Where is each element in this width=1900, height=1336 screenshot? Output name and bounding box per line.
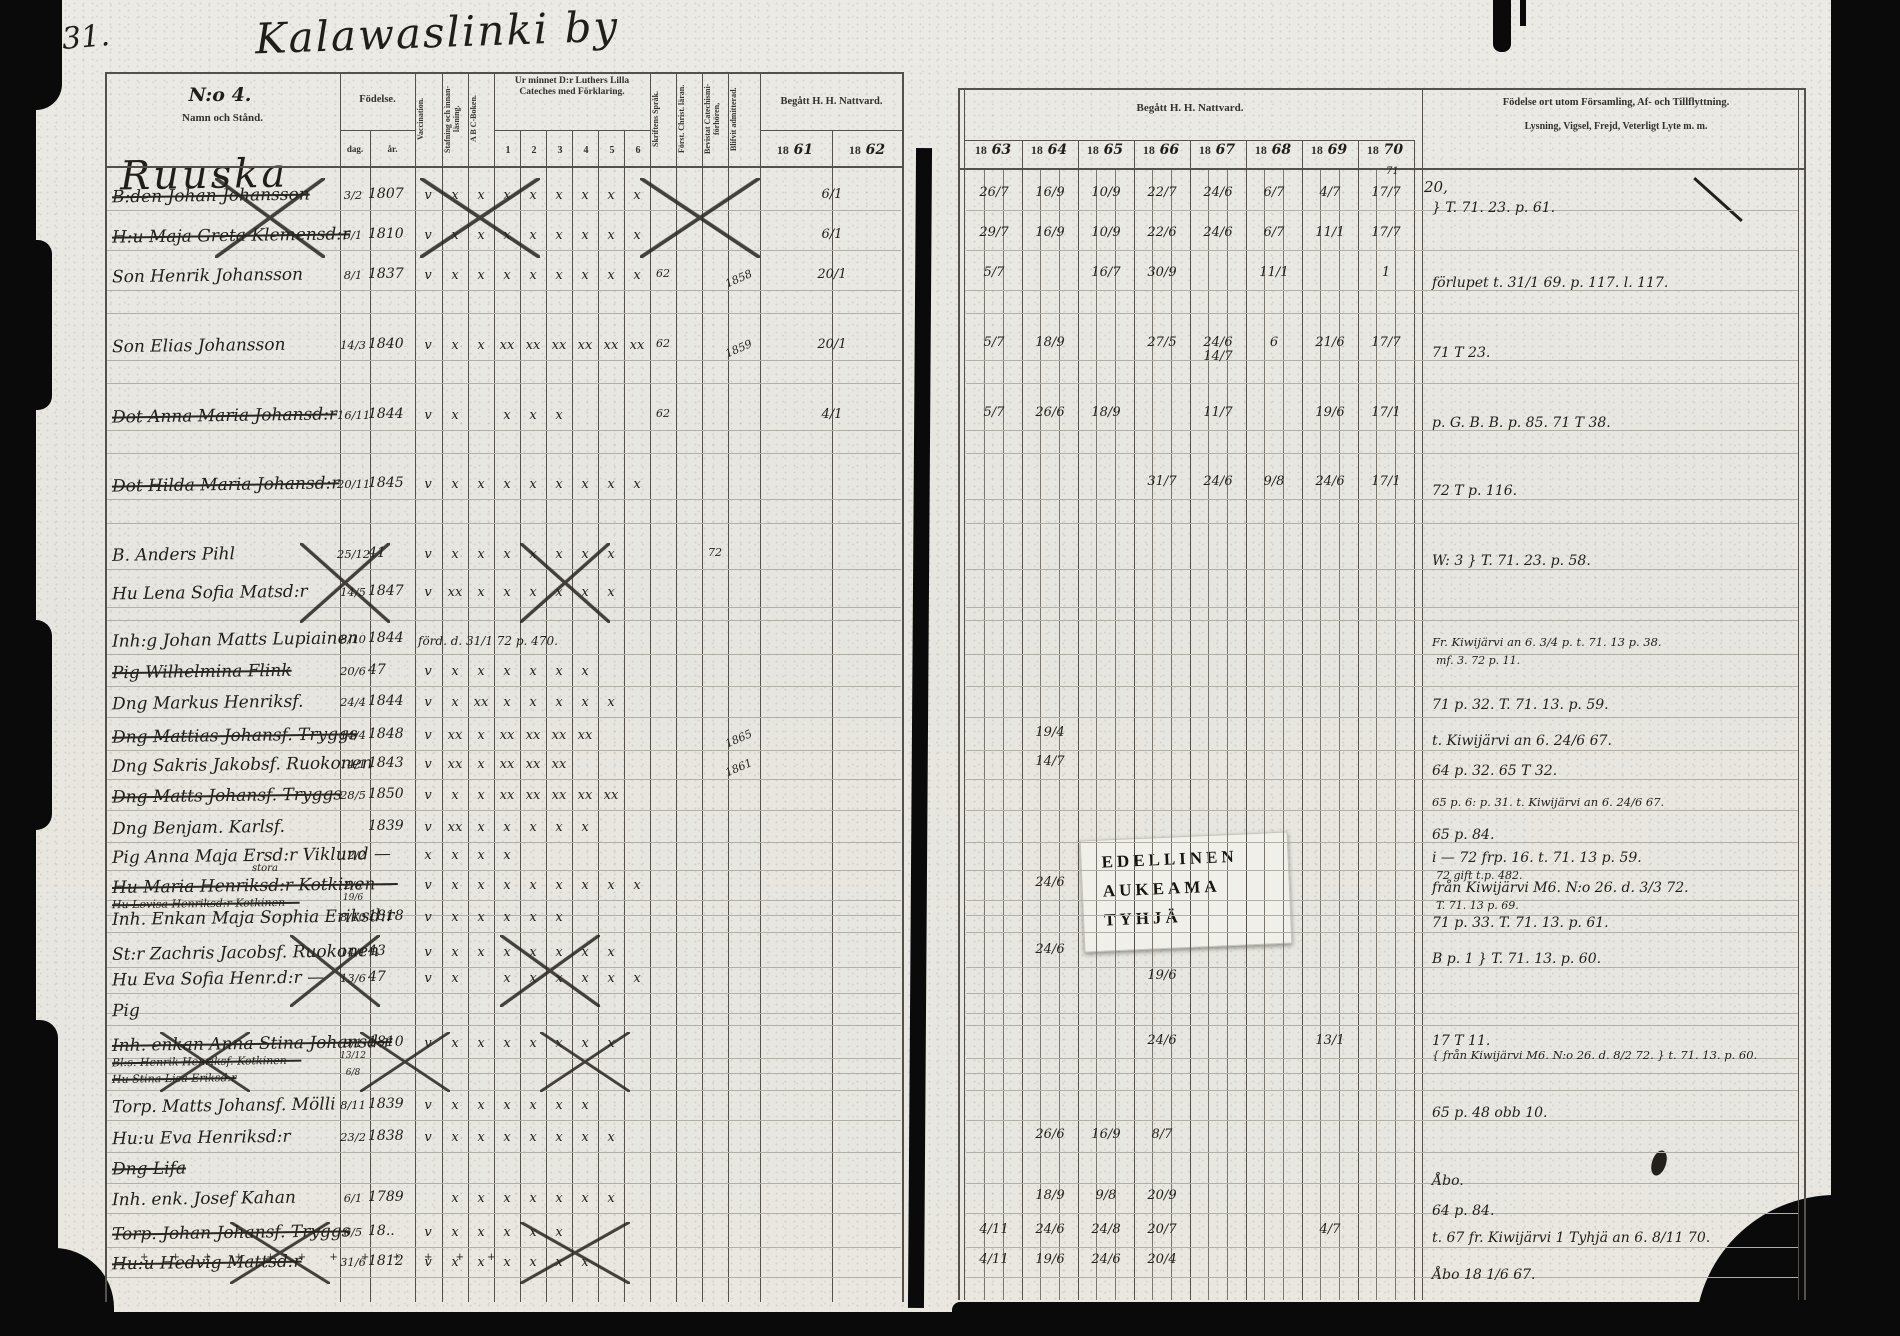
catechism-mark: xx <box>523 338 543 353</box>
row-rule <box>107 779 901 780</box>
row-rule <box>966 1247 1798 1248</box>
birth-day: 24/4 <box>337 695 369 709</box>
row-rule <box>966 810 1798 811</box>
cross-out-mark <box>300 543 390 623</box>
communion-date: 24/6 <box>1142 1034 1182 1048</box>
catechism-mark: x <box>549 664 569 679</box>
catechism-mark: x <box>549 188 569 203</box>
birth-year: 1840 <box>368 336 414 352</box>
margin-note: 64 p. 32. 65 T 32. <box>1432 763 1557 779</box>
catechism-mark: x <box>601 1191 621 1206</box>
catechism-mark: x <box>523 664 543 679</box>
row-rule <box>966 607 1798 608</box>
grid-vline <box>105 72 107 1302</box>
entry-name: Dng Lifa <box>112 1158 186 1179</box>
margin-note: 72 T p. 116. <box>1432 483 1517 499</box>
row-rule <box>966 1183 1798 1184</box>
communion-date: 24/6 <box>1030 943 1070 957</box>
communion-date: 20/9 <box>1142 1189 1182 1203</box>
communion-date: 16/7 <box>1086 266 1126 280</box>
column-header-admitted: Blifvit admitterad. <box>729 74 759 164</box>
catechism-mark: x <box>549 695 569 710</box>
margin-note: p. G. B. B. p. 85. 71 T 38. <box>1432 415 1611 431</box>
birth-day: 14/3 <box>337 338 369 352</box>
grid-vline <box>1798 88 1799 1300</box>
year-printed-prefix: 18 <box>1087 143 1099 157</box>
year-hand-digits: 66 <box>1155 142 1179 158</box>
margin-note: 64 p. 84. <box>1432 1203 1494 1219</box>
column-header-birth-year: år. <box>371 144 414 154</box>
slip-line-2: AUKEAMA <box>1102 874 1289 902</box>
catechism-mark: v <box>418 1255 438 1270</box>
catechism-mark: x <box>471 1255 491 1270</box>
stray-mark: 71 <box>1386 166 1399 177</box>
communion-date: 10/9 <box>1086 186 1126 200</box>
catechism-mark: xx <box>549 757 569 772</box>
stray-mark: 20, <box>1424 178 1448 196</box>
catechism-mark: x <box>549 820 569 835</box>
catechism-mark: x <box>497 1036 517 1051</box>
column-header-vaccination: Vaccination. <box>416 74 441 164</box>
catechism-mark: xx <box>523 728 543 743</box>
catechism-mark: x <box>471 1036 491 1051</box>
birth-year: 1818 <box>368 908 414 924</box>
row-rule <box>966 993 1798 994</box>
catechism-mark: x <box>471 664 491 679</box>
row-rule <box>107 1277 901 1278</box>
communion-date: 16/9 <box>1030 186 1070 200</box>
grid-vline <box>1422 88 1423 1300</box>
communion-date: 14/7 <box>1030 755 1070 769</box>
catechism-mark: xx <box>549 338 569 353</box>
row-rule <box>107 1120 901 1121</box>
row-rule <box>966 523 1798 524</box>
catechism-mark: x <box>445 910 465 925</box>
communion-date: 20/4 <box>1142 1253 1182 1267</box>
column-header-birth: Födelse. <box>340 94 415 105</box>
catechism-mark: x <box>627 878 647 893</box>
communion-date: 6/7 <box>1254 226 1294 240</box>
notes-header-line2: Lysning, Vigsel, Frejd, Veterligt Lyte m… <box>1430 121 1802 132</box>
catechism-mark: x <box>418 848 438 863</box>
catechism-mark: x <box>601 188 621 203</box>
communion-date: 17/7 <box>1366 226 1406 240</box>
communion-date: 21/6 <box>1310 336 1350 350</box>
column-header-scripture-language: Skriftens Språk. <box>651 74 675 164</box>
catechism-mark: x <box>471 878 491 893</box>
catechism-subcolumn-number: 2 <box>522 145 546 156</box>
year-printed-prefix: 18 <box>1311 143 1323 157</box>
birth-day: 5/1 <box>337 228 369 242</box>
cross-out-mark <box>230 1222 330 1284</box>
catechism-mark: x <box>445 971 465 986</box>
catechism-mark: x <box>523 1191 543 1206</box>
row-rule <box>966 1013 1798 1014</box>
catechism-mark: xx <box>523 757 543 772</box>
communion-date: 4/7 <box>1310 1223 1350 1237</box>
row-rule <box>107 499 901 500</box>
cross-out-mark <box>290 935 380 1007</box>
catechism-mark: x <box>445 547 465 562</box>
margin-note: { från Kiwijärvi M6. N:o 26. d. 8/2 72. … <box>1432 1048 1757 1062</box>
year-hand-digits: 65 <box>1099 142 1123 158</box>
scripture-language-value: 62 <box>650 337 676 350</box>
communion-date: 31/7 <box>1142 475 1182 489</box>
grid-hline <box>494 130 650 131</box>
grid-vline <box>1190 140 1191 1300</box>
communion-date: 18/9 <box>1086 406 1126 420</box>
catechism-mark: x <box>497 408 517 423</box>
catechism-mark: x <box>601 878 621 893</box>
birth-day: 8/1 <box>337 268 369 282</box>
communion-date: 16/9 <box>1086 1128 1126 1142</box>
catechism-mark: x <box>445 695 465 710</box>
communion-date: 4/11 <box>974 1253 1014 1267</box>
communion-date: 19/6 <box>1310 406 1350 420</box>
catechism-mark: x <box>471 1225 491 1240</box>
row-rule <box>966 1152 1798 1153</box>
grid-vline <box>1804 88 1806 1300</box>
catechism-subcolumn-number: 1 <box>496 145 520 156</box>
catechism-mark: v <box>418 910 438 925</box>
row-rule <box>107 383 901 384</box>
cross-out-mark <box>520 1222 630 1284</box>
slip-line-3: TYHJÄ <box>1104 902 1291 930</box>
catechism-mark: xx <box>575 788 595 803</box>
catechism-mark: x <box>445 664 465 679</box>
catechism-mark: x <box>471 788 491 803</box>
row-rule <box>107 607 901 608</box>
year-printed-prefix: 18 <box>777 143 789 157</box>
entry-name: Inh:g Johan Matts Lupiainen <box>112 628 359 651</box>
catechism-mark: x <box>549 268 569 283</box>
margin-note: B p. 1 } T. 71. 13. p. 60. <box>1432 951 1601 967</box>
row-rule <box>966 654 1798 655</box>
birth-day: 19/6 <box>337 893 369 903</box>
entry-name: Pig <box>112 1001 140 1021</box>
row-rule <box>107 523 901 524</box>
entry-name: Dot Hilda Maria Johansd:r <box>112 473 340 496</box>
scanned-church-record-spread: 31. Kalawaslinki by Ruuska N:o 4. Namn o… <box>0 0 1900 1336</box>
entry-name: Hu:u Eva Henriksd:r <box>112 1127 291 1149</box>
communion-date: 24/6 <box>1030 876 1070 890</box>
grid-vline <box>1022 140 1023 1300</box>
catechism-mark: x <box>497 1225 517 1240</box>
row-rule <box>966 620 1798 621</box>
grid-vline <box>902 72 904 1302</box>
birth-day: 31/6 <box>337 1255 369 1269</box>
birth-day: 8/10 <box>337 632 369 646</box>
birth-year: 1844 <box>368 630 414 646</box>
row-rule <box>966 1073 1798 1074</box>
birth-year: 1807 <box>368 186 414 202</box>
birth-year: 1839 <box>368 1096 414 1112</box>
catechism-mark: x <box>523 820 543 835</box>
catechism-mark: xx <box>445 585 465 600</box>
catechism-mark: x <box>471 1191 491 1206</box>
communion-date: 11/7 <box>1198 406 1238 420</box>
row-rule <box>966 383 1798 384</box>
row-rule <box>107 932 901 933</box>
row-rule <box>107 717 901 718</box>
catechism-mark: xx <box>445 728 465 743</box>
catechism-mark: x <box>497 1191 517 1206</box>
communion-date: 5/7 <box>974 266 1014 280</box>
entry-name: B. Anders Pihl <box>112 544 235 566</box>
catechism-mark: x <box>627 477 647 492</box>
margin-note-secondary: mf. 3. 72 p. 11. <box>1436 654 1520 667</box>
margin-note: 65 p. 6: p. 31. t. Kiwijärvi an 6. 24/6 … <box>1432 795 1664 809</box>
slip-line-1: EDELLINEN <box>1101 845 1288 873</box>
grid-vline <box>760 72 761 1302</box>
grid-vline <box>1246 140 1247 1300</box>
catechism-mark: x <box>497 1130 517 1145</box>
birth-year: 1844 <box>368 693 414 709</box>
communion-date: 29/7 <box>974 226 1014 240</box>
catechism-mark: x <box>445 1130 465 1145</box>
catechism-mark: x <box>471 585 491 600</box>
catechism-mark: x <box>523 268 543 283</box>
birth-day: 3/2 <box>337 188 369 202</box>
year-hand-digits: 69 <box>1323 142 1347 158</box>
cross-out-mark <box>160 1032 250 1092</box>
grid-hline <box>964 140 1414 141</box>
catechism-mark: x <box>445 788 465 803</box>
catechism-mark: v <box>418 878 438 893</box>
communion-date: 19/6 <box>1030 1253 1070 1267</box>
row-rule <box>966 1120 1798 1121</box>
birth-day: 14/4 <box>337 728 369 742</box>
column-header-attended-examination: Bevistat Catechismi-förhören, <box>703 74 727 164</box>
catechism-mark: x <box>445 408 465 423</box>
column-header-birth-day: dag. <box>340 144 370 154</box>
row-rule <box>966 686 1798 687</box>
scan-edge-left-bump3 <box>28 620 52 830</box>
row-rule <box>107 686 901 687</box>
grid-vline <box>964 88 965 1300</box>
year-printed-prefix: 18 <box>849 143 861 157</box>
catechism-mark: x <box>549 408 569 423</box>
catechism-mark: x <box>471 848 491 863</box>
catechism-mark: xx <box>497 757 517 772</box>
row-rule <box>107 1183 901 1184</box>
entry-name: Torp. Matts Johansf. Mölli <box>112 1094 336 1117</box>
left-year-label: 18 62 <box>832 142 902 158</box>
catechism-mark: x <box>497 878 517 893</box>
catechism-mark: x <box>549 910 569 925</box>
catechism-mark: x <box>471 910 491 925</box>
catechism-mark: x <box>549 1098 569 1113</box>
catechism-mark: x <box>575 1130 595 1145</box>
communion-date: 17/1 <box>1366 475 1406 489</box>
catechism-mark: x <box>601 228 621 243</box>
row-rule <box>107 620 901 621</box>
communion-date: 24/6 <box>1198 475 1238 489</box>
left-year-label: 18 61 <box>760 142 830 158</box>
year-printed-prefix: 18 <box>1199 143 1211 157</box>
catechism-mark: xx <box>549 788 569 803</box>
communion-date: 19/4 <box>1030 726 1070 740</box>
catechism-mark: v <box>418 268 438 283</box>
catechism-mark: x <box>575 188 595 203</box>
margin-note: förlupet t. 31/1 69. p. 117. l. 117. <box>1432 275 1668 291</box>
catechism-mark: v <box>418 788 438 803</box>
catechism-mark: x <box>497 910 517 925</box>
communion-date-1861-62: 20/1 <box>782 267 882 282</box>
birth-day: 20/6 <box>337 664 369 678</box>
catechism-mark: v <box>418 477 438 492</box>
communion-date: 1 <box>1366 266 1406 280</box>
scripture-language-value: 62 <box>650 407 676 420</box>
cross-out-mark <box>360 1032 450 1092</box>
archival-slip: EDELLINEN AUKEAMA TYHJÄ <box>1080 832 1293 953</box>
communion-date: 8/7 <box>1142 1128 1182 1142</box>
catechism-mark: x <box>601 695 621 710</box>
grid-vline <box>1078 140 1079 1300</box>
catechism-mark: x <box>601 971 621 986</box>
row-rule <box>966 250 1798 251</box>
row-rule <box>966 1090 1798 1091</box>
communion-date-1861-62: 20/1 <box>782 337 882 352</box>
entry-annotation-above: stora <box>252 863 278 874</box>
birth-year: 47 <box>368 662 414 678</box>
birth-year: 1844 <box>368 406 414 422</box>
row-rule <box>107 1247 901 1248</box>
right-year-label: 18 68 <box>1246 142 1300 158</box>
catechism-mark: xx <box>471 695 491 710</box>
grid-vline <box>340 72 341 1302</box>
margin-note: 65 p. 84. <box>1432 827 1494 843</box>
birth-day: 8/10 <box>337 910 369 924</box>
year-printed-prefix: 18 <box>1255 143 1267 157</box>
scan-edge-left-bump1 <box>32 0 62 110</box>
grid-hline <box>105 166 903 168</box>
catechism-mark: x <box>471 728 491 743</box>
catechism-mark: v <box>418 585 438 600</box>
row-rule <box>966 750 1798 751</box>
birth-year: 1837 <box>368 266 414 282</box>
catechism-mark: v <box>418 408 438 423</box>
catechism-mark: x <box>497 477 517 492</box>
catechism-mark: x <box>445 848 465 863</box>
birth-year: 18.. <box>368 1223 414 1239</box>
grid-vline <box>520 130 521 1302</box>
row-rule <box>966 842 1798 843</box>
right-year-label: 18 67 <box>1190 142 1244 158</box>
cross-out-mark <box>640 178 760 258</box>
catechism-mark: x <box>497 547 517 562</box>
row-rule <box>107 1025 901 1026</box>
entry-name: Dng Mattias Johansf. Tryggs <box>112 724 358 747</box>
grid-vline <box>958 88 960 1300</box>
birth-year: 1810 <box>368 226 414 242</box>
catechism-mark: x <box>445 268 465 283</box>
communion-date: 16/9 <box>1030 226 1070 240</box>
birth-year: 1843 <box>368 755 414 771</box>
margin-note: 65 p. 48 obb 10. <box>1432 1105 1547 1121</box>
grid-hline <box>958 168 1806 170</box>
catechism-mark: x <box>445 878 465 893</box>
catechism-mark: x <box>575 228 595 243</box>
communion-date: 4/11 <box>974 1223 1014 1237</box>
grid-vline <box>832 130 833 1302</box>
birth-day: 6/1 <box>337 1191 369 1205</box>
catechism-mark: v <box>418 1130 438 1145</box>
margin-note: Fr. Kiwijärvi an 6. 3/4 p. t. 71. 13 p. … <box>1432 635 1662 649</box>
catechism-mark: x <box>523 878 543 893</box>
row-rule <box>966 967 1798 968</box>
catechism-mark: x <box>575 1191 595 1206</box>
margin-note: } T. 71. 23. p. 61. <box>1432 200 1555 216</box>
catechism-mark: x <box>549 1130 569 1145</box>
grid-hline <box>760 130 903 131</box>
catechism-mark: x <box>471 757 491 772</box>
catechism-mark: v <box>418 695 438 710</box>
row-rule <box>966 569 1798 570</box>
row-rule <box>966 290 1798 291</box>
column-header-communion-right: Begått H. H. Nattvard. <box>966 102 1414 114</box>
birth-year: 1838 <box>368 1128 414 1144</box>
communion-date: 22/6 <box>1142 226 1182 240</box>
catechism-mark: x <box>575 1098 595 1113</box>
catechism-mark: x <box>523 1098 543 1113</box>
birth-day: 16/11 <box>337 408 369 422</box>
cross-out-mark <box>215 178 325 258</box>
scan-edge-top-nick1 <box>1493 0 1511 52</box>
year-hand-digits: 63 <box>987 142 1011 158</box>
row-rule <box>107 842 901 843</box>
communion-date: 5/7 <box>974 336 1014 350</box>
catechism-subcolumn-number: 3 <box>548 145 572 156</box>
catechism-mark: xx <box>601 338 621 353</box>
catechism-mark: x <box>497 1255 517 1270</box>
scan-edge-left-bump2 <box>30 240 52 410</box>
birth-day: 12/2 <box>337 848 369 862</box>
right-year-label: 18 65 <box>1078 142 1132 158</box>
row-rule <box>966 1213 1798 1214</box>
catechism-mark: v <box>418 338 438 353</box>
communion-date-1861-62: 4/1 <box>782 407 882 422</box>
catechism-mark: v <box>418 820 438 835</box>
catechism-mark: v <box>418 1225 438 1240</box>
communion-date: 26/7 <box>974 186 1014 200</box>
catechism-mark: x <box>549 228 569 243</box>
catechism-mark: x <box>445 338 465 353</box>
birth-year: 1845 <box>368 475 414 491</box>
communion-date: 17/1 <box>1366 406 1406 420</box>
communion-date: 24/6 <box>1198 226 1238 240</box>
catechism-mark: x <box>445 1225 465 1240</box>
row-rule <box>966 900 1798 901</box>
catechism-mark: v <box>418 728 438 743</box>
catechism-mark: x <box>471 268 491 283</box>
margin-note: t. 67 fr. Kiwijärvi 1 Tyhjä an 6. 8/11 7… <box>1432 1230 1710 1246</box>
catechism-mark: v <box>418 971 438 986</box>
communion-date-1861-62: 6/1 <box>782 227 882 242</box>
catechism-mark: x <box>627 971 647 986</box>
birth-year: 1812 <box>368 1253 414 1269</box>
birth-day: 20/11 <box>337 477 369 491</box>
row-rule <box>107 360 901 361</box>
birth-year: 1789 <box>368 1189 414 1205</box>
catechism-mark: xx <box>575 728 595 743</box>
communion-date: 27/5 <box>1142 336 1182 350</box>
catechism-mark: x <box>523 408 543 423</box>
catechism-mark: x <box>445 477 465 492</box>
notes-header-line1: Födelse ort utom Församling, Af- och Til… <box>1430 97 1802 108</box>
year-hand-digits: 70 <box>1379 142 1403 158</box>
communion-date-1861-62: 6/1 <box>782 187 882 202</box>
